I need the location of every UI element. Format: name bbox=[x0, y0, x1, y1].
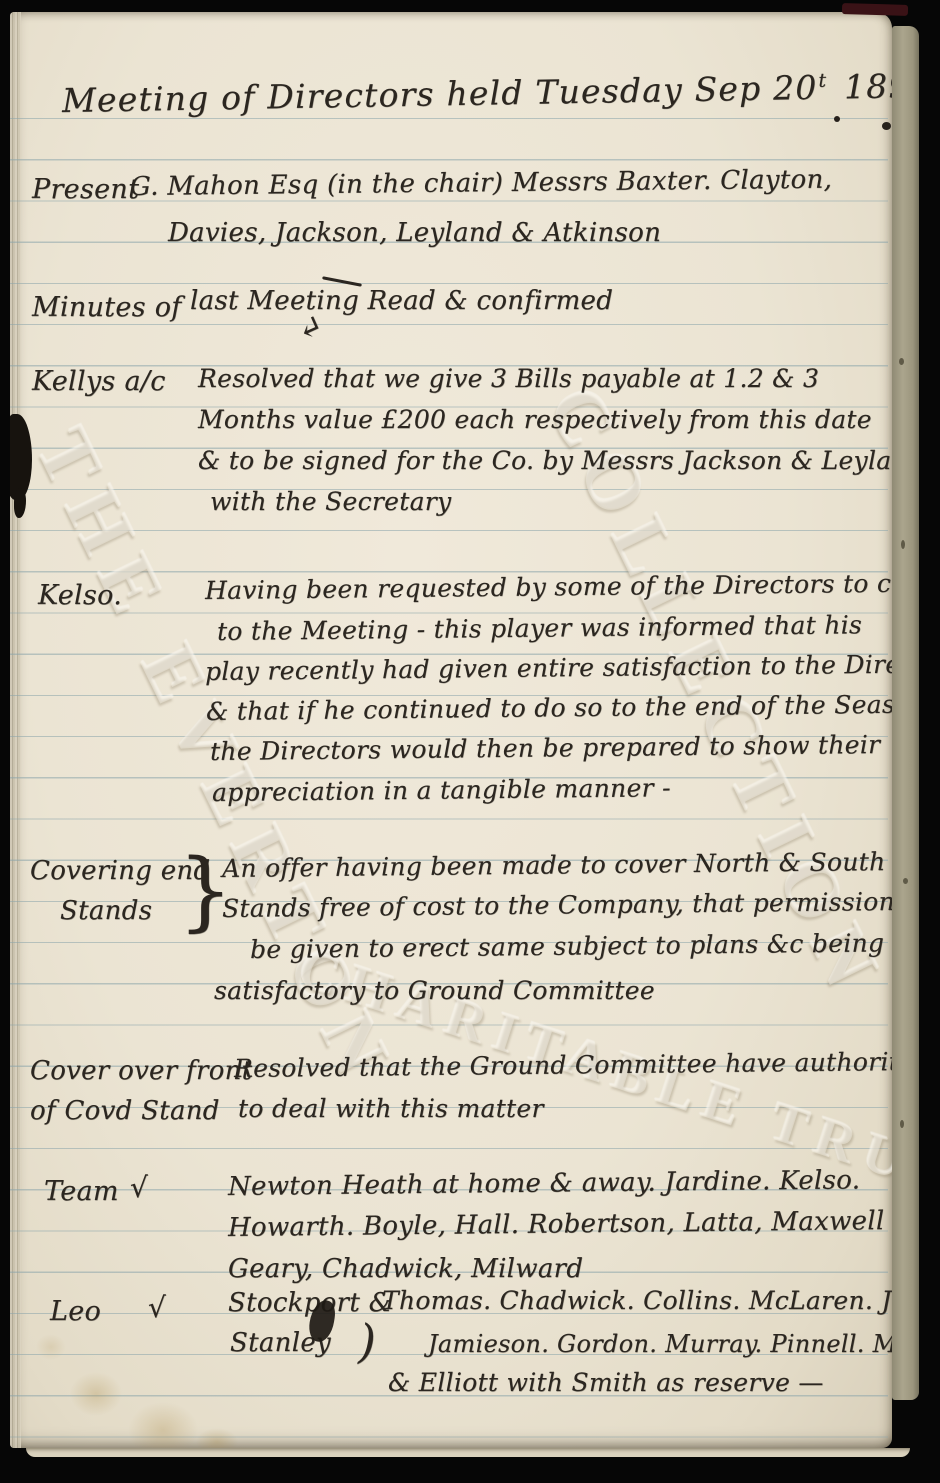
present-line: Davies, Jackson, Leyland & Atkinson bbox=[168, 220, 661, 246]
second-team-line: Jamieson. Gordon. Murray. Pinnell. McMil… bbox=[428, 1332, 892, 1356]
underlying-page-edge bbox=[26, 1448, 910, 1457]
title-superscript: t bbox=[818, 70, 827, 92]
book-fore-edge bbox=[892, 26, 919, 1400]
covering-line: satisfactory to Ground Committee bbox=[214, 978, 655, 1003]
kelso-line: appreciation in a tangible manner - bbox=[212, 775, 671, 805]
fore-edge-fleck bbox=[899, 358, 904, 365]
covering-line: An offer having been made to cover North… bbox=[222, 849, 886, 881]
minute-page: THE EVERTON COLLECTION CHARITABLE TRUST … bbox=[10, 12, 892, 1448]
second-team-line: & Elliott with Smith as reserve — bbox=[388, 1370, 824, 1395]
title-text: Meeting of Directors held Tuesday Sep 20 bbox=[62, 68, 818, 120]
section-team-label: Team bbox=[44, 1178, 119, 1205]
second-team-checkmark: √ bbox=[148, 1294, 166, 1322]
binding-gutter-page-edges bbox=[10, 12, 21, 1448]
ink-period-dot bbox=[834, 116, 840, 122]
paper-stain bbox=[70, 1372, 122, 1416]
kelso-line: play recently had given entire satisfact… bbox=[205, 651, 892, 684]
kellys-line: Resolved that we give 3 Bills payable at… bbox=[198, 366, 819, 391]
section-kellys-label: Kellys a/c bbox=[32, 368, 166, 395]
section-second-team-label: Leo bbox=[50, 1298, 101, 1325]
kelso-line: & that if he continued to do so to the e… bbox=[206, 691, 892, 724]
paper-stain bbox=[196, 1428, 238, 1448]
section-cover-front-label: Cover over front bbox=[30, 1058, 252, 1084]
kellys-line: with the Secretary bbox=[210, 489, 451, 514]
fore-edge-fleck bbox=[901, 540, 905, 549]
ink-dot bbox=[882, 122, 891, 130]
present-line: G. Mahon Esq (in the chair) Messrs Baxte… bbox=[130, 167, 832, 200]
second-opponent: Stockport & bbox=[228, 1290, 392, 1316]
paper-stain bbox=[128, 1402, 198, 1448]
kelso-line: to the Meeting - this player was informe… bbox=[217, 612, 862, 644]
team-line: Newton Heath at home & away. Jardine. Ke… bbox=[228, 1167, 861, 1200]
second-team-line: Thomas. Chadwick. Collins. McLaren. Jone… bbox=[382, 1288, 892, 1313]
section-covering-label: Stands bbox=[60, 898, 152, 924]
scanned-minute-book-photo: THE EVERTON COLLECTION CHARITABLE TRUST … bbox=[0, 0, 940, 1483]
paper-stain bbox=[36, 1334, 66, 1360]
book-cover-sliver bbox=[842, 3, 908, 16]
opponent-brace: ) bbox=[358, 1318, 376, 1364]
team-checkmark: √ bbox=[130, 1174, 148, 1202]
cover-front-line: to deal with this matter bbox=[238, 1096, 544, 1121]
page-title: Meeting of Directors held Tuesday Sep 20… bbox=[62, 69, 892, 117]
kellys-line: & to be signed for the Co. by Messrs Jac… bbox=[198, 448, 892, 473]
cover-front-line: Resolved that the Ground Committee have … bbox=[234, 1049, 892, 1081]
ink-blot-binding-edge bbox=[10, 414, 32, 500]
team-line: Geary, Chadwick, Milward bbox=[228, 1256, 583, 1282]
minutes-line: last Meeting Read & confirmed bbox=[190, 288, 613, 314]
kelso-line: the Directors would then be prepared to … bbox=[210, 732, 881, 764]
kellys-line: Months value £200 each respectively from… bbox=[198, 407, 872, 432]
fore-edge-fleck bbox=[900, 1120, 904, 1128]
team-line: Howarth. Boyle, Hall. Robertson, Latta, … bbox=[228, 1208, 885, 1241]
section-present-label: Present bbox=[32, 176, 139, 203]
title-year: 1892 bbox=[832, 66, 892, 107]
section-minutes-label: Minutes of bbox=[32, 294, 182, 321]
covering-line: Stands free of cost to the Company, that… bbox=[222, 889, 892, 921]
section-kelso-label: Kelso. bbox=[38, 582, 122, 609]
fore-edge-fleck bbox=[903, 878, 908, 884]
kelso-line: Having been requested by some of the Dir… bbox=[205, 570, 892, 603]
covering-line: be given to erect same subject to plans … bbox=[250, 930, 885, 962]
section-cover-front-label: of Covd Stand bbox=[30, 1098, 220, 1124]
